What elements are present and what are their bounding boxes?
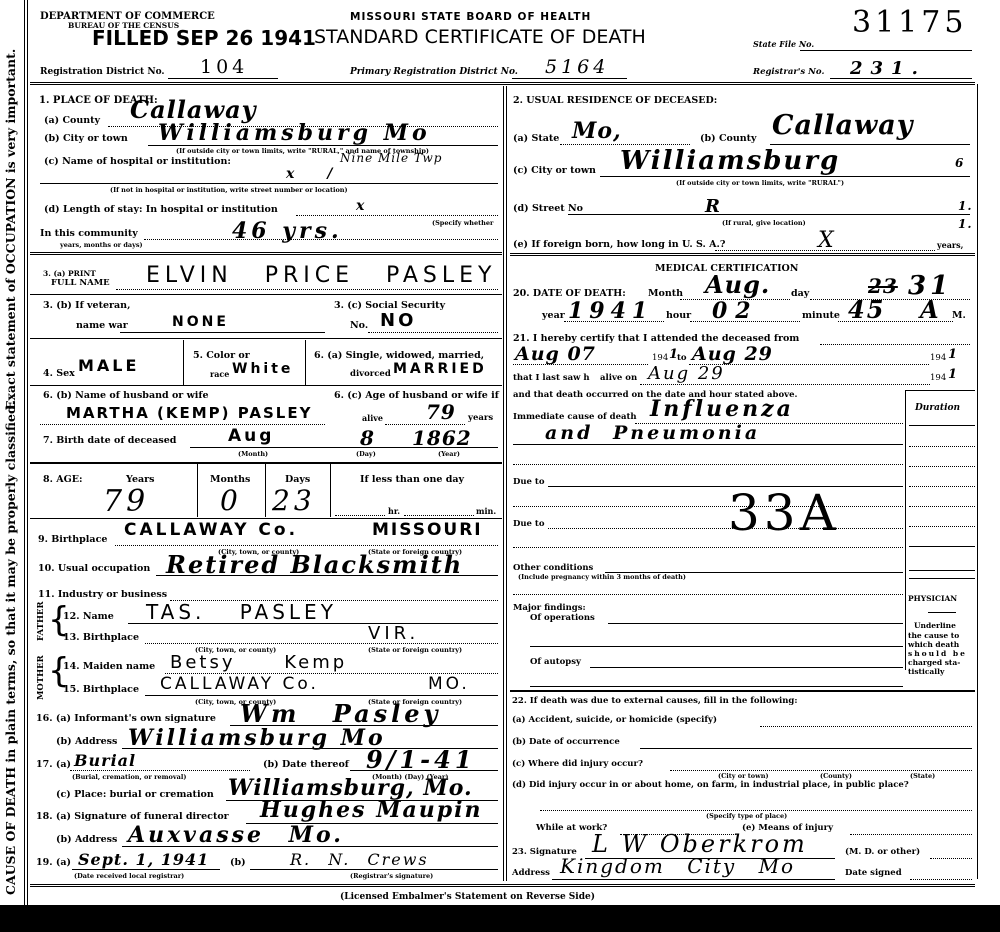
death-year-label: year [542,311,565,321]
death-hour-value: 02 [712,300,759,322]
age-years-divider [197,464,198,517]
age-months-value: 0 [220,487,239,515]
funeral-director-value: Hughes Maupin [260,799,483,821]
marital-value: MARRIED [393,362,487,376]
alive-year-suffix: 1 [948,368,958,381]
immediate-cause-value: Influenza [650,398,794,420]
spouse-alive-label: alive [362,414,383,422]
cause-line-7 [513,547,903,548]
physician-address-line [552,879,835,880]
autopsy-line [590,667,903,668]
residence-foreign-label: (e) If foreign born, how long in U. S. A… [513,240,725,250]
physician-title-line [930,858,972,859]
burial-note: (Burial, cremation, or removal) [72,774,186,781]
attended-to-year-prefix: 194 [930,354,946,363]
age-hr-line [335,515,385,516]
footer-note: (Licensed Embalmer's Statement on Revers… [340,893,595,902]
father-state-note: (State or foreign country) [368,647,462,654]
external-means-line [850,834,972,835]
father-birthplace-label: 13. Birthplace [63,633,139,643]
section1-divider [30,252,502,255]
physician-heading: PHYSICIAN [908,595,957,603]
attended-from-year-prefix: 194 [652,354,668,363]
residence-state-line [560,144,690,145]
board-label: MISSOURI STATE BOARD OF HEALTH [350,12,591,23]
residence-city-note: (If outside city or town limits, write "… [676,180,844,187]
birth-date-label: 7. Birth date of deceased [43,436,176,446]
birth-month-value: Aug [228,428,274,445]
sex-label: 4. Sex [43,369,75,379]
autopsy-line-2 [530,686,903,687]
header-divider [30,82,975,85]
registrar-signature-value: R. N. Crews [290,852,429,868]
last-saw-label: that I last saw h [513,374,590,383]
primary-district-value: 5164 [545,58,609,77]
date-received-line [72,869,220,870]
funeral-director-address-label: (b) Address [56,835,117,845]
registration-district-value: 104 [200,58,248,77]
burial-date-value: 9/1-41 [366,748,476,772]
place-hospital-label: (c) Name of hospital or institution: [44,157,231,167]
external-c-note-city: (City or town) [718,773,769,780]
father-birthplace-line [145,643,498,644]
margin-instruction-cause: CAUSE OF DEATH in plain terms, so that i… [3,401,18,895]
age-min-line [404,515,474,516]
medical-divider [510,690,975,692]
right-frame-border [977,84,978,879]
physician-rule [928,612,956,613]
spouse-label: 6. (b) Name of husband or wife [43,391,209,401]
duration-top-line [905,390,975,391]
veteran-label: 3. (b) If veteran, [43,301,130,311]
scan-bottom-edge [0,905,1000,932]
external-a-label: (a) Accident, suicide, or homicide (spec… [512,716,717,725]
registrar-number-value: 231. [850,60,926,78]
date-signed-line [910,879,972,880]
registrar-signature-note: (Registrar's signature) [350,873,433,880]
external-heading: 22. If death was due to external causes,… [512,697,798,706]
place-location-line [40,183,498,184]
external-c-label: (c) Where did injury occur? [512,760,643,769]
birth-day-note: (Day) [356,451,376,458]
ss-no-label: No. [350,321,368,331]
stay-label: (d) Length of stay: In hospital or insti… [44,205,278,215]
residence-street-value: R [705,198,721,216]
burial-line [70,770,250,771]
spouse-age-line [385,424,465,425]
age-less-label: If less than one day [360,475,464,485]
race-value: White [232,362,293,376]
external-a-line [760,726,972,727]
external-b-label: (b) Date of occurrence [512,738,620,747]
attended-to-year-suffix: 1 [948,348,958,361]
birth-day-value: 8 [360,428,375,448]
informant-address-value: Williamsburg Mo [128,727,386,749]
center-divider [503,86,507,881]
mother-birthplace-state-value: MO. [428,676,470,693]
physician-note-1: Underline [914,622,956,630]
physician-signature-value: L W Oberkrom [592,832,808,856]
other-conditions-line-2 [513,594,903,595]
birth-year-value: 1862 [412,428,472,448]
burial-date-label: (b) Date thereof [263,760,349,770]
attended-from-value: Aug 07 [515,345,596,364]
death-minute-value: 45 [848,298,885,322]
mother-name-value: Betsy Kemp [170,654,347,672]
duration-row-4 [909,486,975,487]
father-side-label: FATHER [36,601,46,641]
age-label: 8. AGE: [43,475,82,485]
sex-value: MALE [78,358,139,374]
death-day-label: day [791,289,809,299]
immediate-cause-value-2: and Pneumonia [545,424,760,443]
age-min-label: min. [476,507,496,515]
due-to-label-2: Due to [513,520,545,529]
informant-signature-label: 16. (a) Informant's own signature [36,714,216,724]
birth-year-note: (Year) [438,451,460,458]
alive-on-line [640,384,930,385]
cause-line-5 [513,506,903,507]
race-label-2: race [210,370,229,378]
duration-row-7 [909,546,975,547]
age-days-divider [330,464,331,517]
funeral-director-label: 18. (a) Signature of funeral director [36,812,229,822]
marital-label-1: 6. (a) Single, widowed, married, [314,351,484,361]
burial-place-label: (c) Place: burial or cremation [56,790,214,800]
industry-label: 11. Industry or business [38,590,167,600]
due-to-line-1 [548,486,903,487]
residence-street-label: (d) Street No [513,204,583,214]
immediate-cause-line-2 [513,444,903,445]
physician-note-6: tistically [908,668,944,676]
place-location-note: (If not in hospital or institution, writ… [110,187,348,194]
sex-race-divider [183,340,184,385]
footer-divider [30,884,975,887]
external-c-note-state: (State) [910,773,935,780]
physician-title-label: (M. D. or other) [845,848,920,857]
spouse-age-unit: years [468,414,493,423]
duration-row-9 [909,578,975,579]
death-minute-label: minute [802,311,840,321]
community-label: In this community [40,229,138,239]
birthplace-line [115,545,498,546]
birth-month-note: (Month) [238,451,268,458]
place-county-value: Callaway [130,98,257,122]
residence-margin-mark-3: 1. [958,218,973,230]
community-note: years, months or days) [60,242,143,249]
certificate-title: STANDARD CERTIFICATE OF DEATH [314,28,646,47]
duration-row-3 [909,466,975,467]
operations-line-2 [530,646,903,647]
residence-city-line [600,176,970,177]
physician-note-5: charged sta- [908,659,960,667]
duration-row-1 [909,425,975,426]
residence-street-line [568,214,970,215]
duration-row-8 [909,570,975,571]
date-received-label: 19. (a) [36,858,71,868]
place-hospital-value: Nine Mile Twp [340,152,442,164]
due-to-line-2 [548,528,903,529]
burial-value: Burial [74,753,136,769]
alive-on-value: Aug 29 [648,365,725,383]
birthplace-label: 9. Birthplace [38,535,107,545]
attended-to-value: Aug 29 [692,345,773,364]
residence-foreign-value: X [818,230,835,252]
occupation-label: 10. Usual occupation [38,564,150,574]
death-ampm-value: A [920,298,940,322]
full-name-value: ELVIN PRICE PASLEY [146,265,497,287]
certify-line [820,344,970,345]
residence-foreign-unit: years, [937,241,963,249]
informant-signature-value: Wm Pasley [240,702,442,726]
full-name-line [116,289,498,290]
physician-address-value: Kingdom City Mo [560,856,795,876]
funeral-director-address-value: Auxvasse Mo. [128,824,344,846]
burial-place-value: Williamsburg, Mo. [228,777,473,799]
cause-code: 33A [728,488,840,538]
operations-label: Of operations [530,614,595,623]
physician-note-3: which death [908,641,959,649]
occupation-value: Retired Blacksmith [166,553,463,577]
place-location-value: x / [286,167,346,181]
burial-label: 17. (a) [36,760,71,770]
father-birthplace-value: VIR. [368,625,419,643]
full-name-label-1: 3. (a) PRINT [43,270,96,278]
margin-instruction-occupation: Exact statement of OCCUPATION is very im… [3,49,18,410]
other-conditions-note: (Include pregnancy within 3 months of de… [518,574,686,581]
death-hour-label: hour [666,311,691,321]
mother-birthplace-label: 15. Birthplace [63,685,139,695]
alive-year-prefix: 194 [930,374,946,383]
state-file-number: 31175 [852,8,967,38]
birth-divider [30,462,502,464]
age-years-value: 79 [103,487,149,517]
physician-address-label: Address [512,869,550,878]
attended-to-label: to [677,354,687,363]
mother-birthplace-line [145,695,498,696]
spouse-line [40,424,325,425]
death-year-value: 1941 [568,300,653,322]
age-months-divider [265,464,266,517]
sex-divider [30,385,502,386]
registration-district-label: Registration District No. [40,68,165,77]
community-value: 46 yrs. [232,220,343,242]
ss-line [368,332,498,333]
place-city-label: (b) City or town [44,134,128,144]
war-value: NONE [172,315,229,329]
date-signed-label: Date signed [845,869,902,878]
residence-city-label: (c) City or town [513,166,596,176]
marital-label-2: divorced [350,370,391,379]
physician-note-2: the cause to [908,632,959,640]
birthplace-state-value: MISSOURI [372,522,483,539]
spouse-age-value: 79 [426,402,456,422]
residence-county-line [770,144,970,145]
duration-row-6 [909,526,975,527]
other-conditions-label: Other conditions [513,564,593,573]
place-county-label: (a) County [44,116,100,126]
residence-city-value: Williamsburg [620,148,840,174]
alive-on-label: alive on [600,374,637,383]
registration-district-line [168,78,278,79]
residence-state-value: Mo, [572,120,622,142]
father-name-value: TAS. PASLEY [146,602,337,622]
left-frame-border [24,0,28,905]
race-label-1: 5. Color or [193,351,250,361]
age-days-value: 23 [272,487,316,515]
registrar-number-label: Registrar's No. [753,68,824,77]
spouse-age-label: 6. (c) Age of husband or wife if [334,391,499,401]
external-d-line [540,810,972,811]
death-month-label: Month [648,289,683,299]
duration-label: Duration [915,404,960,413]
mother-birthplace-city-value: CALLAWAY Co. [160,676,319,693]
state-file-line [800,50,972,51]
due-to-label-1: Due to [513,478,545,487]
spouse-value: MARTHA (KEMP) PASLEY [66,406,312,421]
duration-row-2 [909,446,975,447]
residence-street-note: (If rural, give location) [722,220,806,227]
residence-margin-mark-1: 6 [955,157,964,169]
residence-county-label: (b) County [700,134,757,144]
war-line [120,332,325,333]
war-label: name war [76,321,128,331]
primary-district-label: Primary Registration District No. [350,68,518,77]
death-month-value: Aug. [705,273,770,297]
external-c-note-county: (County) [820,773,852,780]
place-city-value: Williamsburg Mo [158,122,431,144]
external-d-label: (d) Did injury occur in or about home, o… [512,781,909,790]
residence-margin-mark-2: 1. [958,200,973,212]
residence-heading: 2. USUAL RESIDENCE OF DECEASED: [513,96,717,106]
death-day-struck: 23 [868,276,898,296]
stay-hospital-value: x [356,199,365,213]
death-certificate: CAUSE OF DEATH in plain terms, so that i… [0,0,1000,905]
residence-divider [510,253,975,256]
age-hr-label: hr. [388,507,400,515]
stay-note: (Specify whether [432,220,493,227]
state-file-label: State File No. [753,40,814,48]
date-received-value: Sept. 1, 1941 [78,852,209,868]
mother-name-label: 14. Maiden name [63,662,155,672]
physician-note-4: should be [908,650,967,658]
external-d-note: (Specify type of place) [706,813,787,820]
full-name-label-2: FULL NAME [51,279,110,288]
stay-line [296,215,498,216]
primary-district-line [512,78,627,79]
autopsy-label: Of autopsy [530,658,581,667]
residence-state-label: (a) State [513,134,559,144]
residence-county-value: Callaway [772,112,913,139]
informant-address-label: (b) Address [56,737,117,747]
name-divider [30,294,502,295]
birthplace-city-value: CALLAWAY Co. [124,522,298,539]
registrar-signature-line [250,869,498,870]
major-findings-label: Major findings: [513,604,586,613]
registrar-signature-label: (b) [230,858,246,868]
father-name-label: 12. Name [63,612,114,622]
veteran-divider [30,338,502,339]
age-divider [30,518,502,519]
cause-line-3 [513,464,903,465]
duration-column-divider [905,390,906,670]
mother-side-label: MOTHER [36,655,46,700]
death-ampm-suffix: M. [952,311,966,321]
ss-value: NO [380,312,416,330]
filed-stamp: FILLED SEP 26 1941 [92,28,316,48]
external-c-line [670,770,972,771]
external-b-line [640,748,972,749]
race-marital-divider [305,340,306,385]
duration-row-5 [909,506,975,507]
operations-line [608,623,903,624]
immediate-cause-label: Immediate cause of death [513,413,637,422]
date-received-note: (Date received local registrar) [74,873,184,880]
